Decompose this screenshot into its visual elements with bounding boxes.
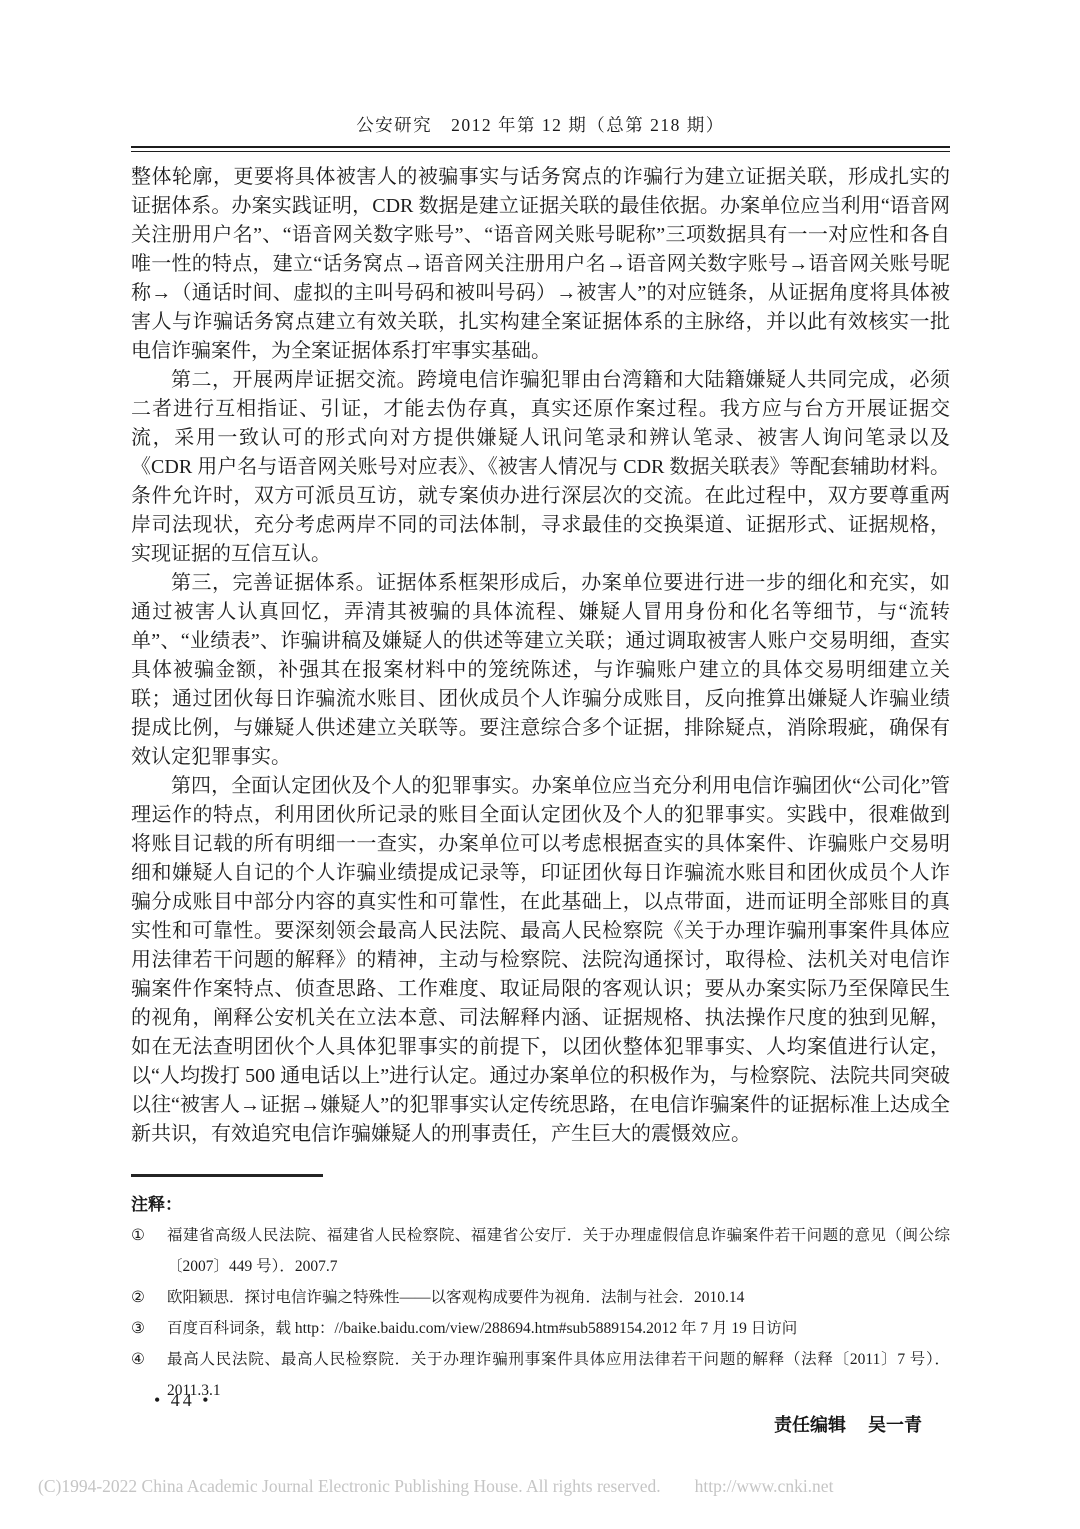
footnote-separator <box>131 1174 323 1177</box>
page-number: • 44 • <box>154 1390 212 1411</box>
editor-label: 责任编辑 <box>774 1415 846 1435</box>
footnote-marker: ① <box>131 1220 167 1282</box>
footnote-text: 福建省高级人民法院、福建省人民检察院、福建省公安厅．关于办理虚假信息诈骗案件若干… <box>167 1220 950 1282</box>
copyright-footer: (C)1994-2022 China Academic Journal Elec… <box>38 1476 1048 1497</box>
footnote-text: 最高人民法院、最高人民检察院．关于办理诈骗刑事案件具体应用法律若干问题的解释（法… <box>167 1344 950 1406</box>
footnote-item: ① 福建省高级人民法院、福建省人民检察院、福建省公安厅．关于办理虚假信息诈骗案件… <box>131 1220 950 1282</box>
editor-credit: 责任编辑吴一青 <box>131 1411 950 1437</box>
journal-page: 公安研究 2012 年第 12 期（总第 218 期） 整体轮廓，更要将具体被害… <box>0 0 1080 1529</box>
footnote-text: 百度百科词条，载 http：//baike.baidu.com/view/288… <box>167 1313 950 1344</box>
footnote-marker: ③ <box>131 1313 167 1344</box>
paragraph-continuation: 整体轮廓，更要将具体被害人的被骗事实与话务窝点的诈骗行为建立证据关联，形成扎实的… <box>131 163 950 366</box>
copyright-text: (C)1994-2022 China Academic Journal Elec… <box>38 1476 661 1496</box>
footnote-text: 欧阳颖思．探讨电信诈骗之特殊性——以客观构成要件为视角．法制与社会．2010.1… <box>167 1282 950 1313</box>
page-content: 公安研究 2012 年第 12 期（总第 218 期） 整体轮廓，更要将具体被害… <box>131 0 950 1437</box>
article-body: 整体轮廓，更要将具体被害人的被骗事实与话务窝点的诈骗行为建立证据关联，形成扎实的… <box>131 163 950 1149</box>
paragraph-fourth-point: 第四，全面认定团伙及个人的犯罪事实。办案单位应当充分利用电信诈骗团伙“公司化”管… <box>131 772 950 1149</box>
paragraph-third-point: 第三，完善证据体系。证据体系框架形成后，办案单位要进行进一步的细化和充实，如通过… <box>131 569 950 772</box>
footnote-item: ④ 最高人民法院、最高人民检察院．关于办理诈骗刑事案件具体应用法律若干问题的解释… <box>131 1344 950 1406</box>
cnki-url: http://www.cnki.net <box>695 1476 834 1496</box>
footnote-item: ③ 百度百科词条，载 http：//baike.baidu.com/view/2… <box>131 1313 950 1344</box>
editor-name: 吴一青 <box>868 1415 922 1435</box>
paragraph-second-point: 第二，开展两岸证据交流。跨境电信诈骗犯罪由台湾籍和大陆籍嫌疑人共同完成，必须二者… <box>131 366 950 569</box>
footnotes-list: ① 福建省高级人民法院、福建省人民检察院、福建省公安厅．关于办理虚假信息诈骗案件… <box>131 1220 950 1406</box>
footnotes-label: 注释： <box>131 1190 950 1215</box>
header-rule <box>131 146 950 152</box>
footnote-item: ② 欧阳颖思．探讨电信诈骗之特殊性——以客观构成要件为视角．法制与社会．2010… <box>131 1282 950 1313</box>
footnote-marker: ② <box>131 1282 167 1313</box>
journal-header: 公安研究 2012 年第 12 期（总第 218 期） <box>131 0 950 137</box>
